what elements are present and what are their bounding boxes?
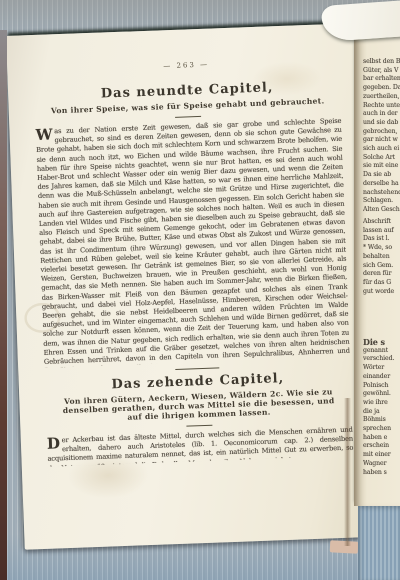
chapter9-body-text: as zu der Nation erste Zeit gewesen, daß… — [36, 117, 350, 368]
fragment-line: auch in der — [363, 110, 400, 119]
book-photo: — 263 — Das neundte Capitel, Von ihrer S… — [0, 0, 400, 580]
fragment-line: gegeben. Da — [363, 84, 400, 93]
fragment-line: die ja — [363, 408, 400, 417]
chapter9-body: Was zu der Nation erste Zeit gewesen, da… — [35, 117, 350, 368]
book-page: — 263 — Das neundte Capitel, Von ihrer S… — [6, 23, 373, 549]
fragment-line: bar erhalten — [363, 75, 400, 84]
margin-note-37: 37) — [35, 356, 36, 366]
divider-rule — [175, 116, 201, 118]
fragment-line: sich Gem. — [363, 262, 400, 271]
fragment-line: Abschrift — [363, 218, 400, 227]
fragment-line: einander — [363, 373, 400, 382]
fragment-line: Solche Art — [363, 154, 400, 163]
fragment-line: Wörter — [363, 364, 400, 373]
fragment-line: selbst den B — [363, 58, 400, 67]
fragment-line: und sie dab — [363, 119, 400, 128]
fragment-line: behalten — [363, 253, 400, 262]
chapter10-body: Der Ackerbau ist das älteste Mittel, dur… — [47, 426, 354, 467]
fragment-line: mit einer — [363, 451, 400, 460]
fragment-line: haben s — [363, 469, 400, 478]
fragment-line: genannt — [363, 347, 400, 356]
fragment-line: nachstehend — [363, 189, 400, 198]
fragment-line: Wagner — [363, 460, 400, 469]
fragment-line: Das ist l. — [363, 235, 400, 244]
page-curl-highlight — [321, 0, 400, 42]
fragment-line: Böhmis — [363, 416, 400, 425]
fragment-line: gebrochen, — [363, 128, 400, 137]
facing-page-text-fragments: Abschriftlassen aufDas ist l.* Wde, sobe… — [363, 218, 400, 296]
fragment-line: lassen auf — [363, 227, 400, 236]
facing-page-text-fragments: selbst den BGüter, als Vbar erhaltengege… — [363, 58, 400, 215]
fragment-line: gewöhnl. — [363, 390, 400, 399]
page-content: — 263 — Das neundte Capitel, Von ihrer S… — [6, 23, 373, 549]
fabric-corner-bottom-right — [358, 506, 400, 580]
chapter10-body-text: er Ackerbau ist das älteste Mittel, durc… — [47, 426, 353, 467]
divider-rule — [175, 367, 219, 370]
facing-page-text-fragments: Die sgenanntverschied.WörtereinanderPoln… — [363, 338, 400, 477]
facing-page-sliver: selbst den BGüter, als Vbar erhaltengege… — [354, 14, 400, 506]
drop-cap-d: D — [47, 436, 62, 452]
divider-rule — [186, 425, 212, 427]
fragment-line: für das G — [363, 279, 400, 288]
fragment-line: Güter, als V — [363, 67, 400, 76]
fragment-line: sie mit eine — [363, 162, 400, 171]
fragment-line: verschied. — [363, 355, 400, 364]
fragment-line: Polnisch — [363, 382, 400, 391]
fragment-line: deren für — [363, 270, 400, 279]
fragment-line: Rechte unte — [363, 102, 400, 111]
fragment-line: * Wde, so — [363, 244, 400, 253]
fragment-line: zuertheilen, — [363, 93, 400, 102]
fragment-line: gut worde — [363, 288, 400, 297]
book-cover-edge — [0, 30, 7, 580]
fragment-line: gar nicht w — [363, 136, 400, 145]
fragment-line: erschein — [363, 442, 400, 451]
fragment-line: Die s — [363, 338, 400, 347]
fragment-line: Da sie ab — [363, 171, 400, 180]
fragment-line: sprechen — [363, 425, 400, 434]
fragment-line: wie ihre — [363, 399, 400, 408]
fragment-line: derselbe ha — [363, 180, 400, 189]
fragment-line: haben e — [363, 434, 400, 443]
fragment-line: sich auch ei — [363, 145, 400, 154]
gutter-crease-shadow — [344, 398, 351, 546]
page-number: — 263 — — [33, 56, 339, 75]
drop-cap-w: W — [35, 127, 54, 143]
fragment-line: Alten Gesch — [363, 206, 400, 215]
fragment-line: Schlagen. — [363, 197, 400, 206]
